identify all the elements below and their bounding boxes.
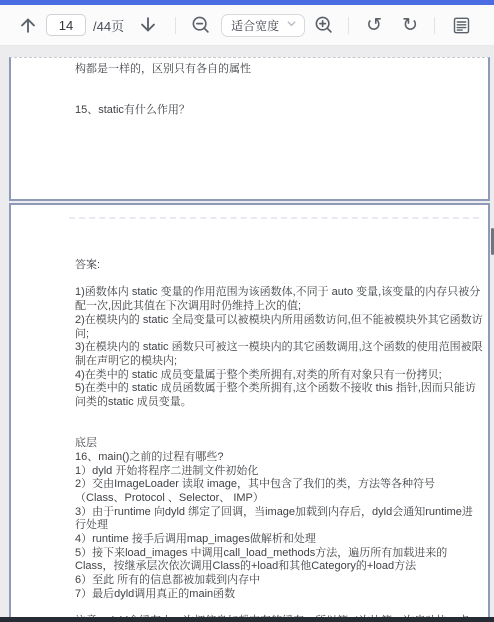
doc-text-line xyxy=(75,77,452,91)
page-total-label: /44页 xyxy=(93,16,124,35)
previous-page-button[interactable] xyxy=(16,13,40,37)
doc-text-line: 1)函数体内 static 变量的作用范围为该函数体,不同于 auto 变量,该… xyxy=(75,286,452,300)
pdf-viewer-window: /44页 适合宽度 xyxy=(0,0,494,622)
doc-text-line xyxy=(75,273,452,287)
document-viewport[interactable]: 构都是一样的，区别只有各自的属性 15、static有什么作用？ 答案: 1)函… xyxy=(0,46,494,622)
doc-text-line: 问; xyxy=(75,328,452,342)
rotate-counterclockwise-button[interactable]: ↺ xyxy=(362,13,386,37)
doc-text-line: 5）接下来load_images 中调用call_load_methods方法，… xyxy=(75,547,452,561)
doc-text-line: 配一次,因此其值在下次调用时仍维持上次的值; xyxy=(75,300,452,314)
arrow-down-icon xyxy=(137,14,159,36)
doc-text-line xyxy=(75,90,452,104)
faded-watermark-line xyxy=(69,217,479,219)
zoom-mode-label: 适合宽度 xyxy=(231,17,279,34)
doc-text-line: 4)在类中的 static 成员变量属于整个类所拥有,对类的所有对象只有一份拷贝… xyxy=(75,369,452,383)
rotate-cw-icon: ↻ xyxy=(402,16,418,35)
rotate-clockwise-button[interactable]: ↻ xyxy=(398,13,422,37)
pdf-page-previous-fragment: 构都是一样的，区别只有各自的属性 15、static有什么作用？ xyxy=(9,57,490,201)
bottom-edge-bar xyxy=(0,617,494,622)
zoom-mode-dropdown[interactable]: 适合宽度 xyxy=(221,14,305,37)
magnifier-minus-icon xyxy=(190,14,212,36)
arrow-up-icon xyxy=(17,14,39,36)
doc-text-line: 16、main()之前的过程有哪些? xyxy=(75,451,452,465)
doc-text-line: 7）最后dyld调用真正的main函数 xyxy=(75,588,452,602)
doc-text-line xyxy=(75,602,452,616)
doc-text-line: Class，按继承层次依次调用Class的+load和其他Category的+l… xyxy=(75,560,452,574)
zoom-out-button[interactable] xyxy=(189,13,213,37)
doc-text-line xyxy=(75,410,452,424)
pdf-page-current: 答案: 1)函数体内 static 变量的作用范围为该函数体,不同于 auto … xyxy=(9,203,490,622)
page-number-input[interactable] xyxy=(46,14,86,36)
doc-text-line: 答案: xyxy=(75,259,452,273)
doc-text-line: 3）由于runtime 向dyld 绑定了回调，当image加载到内存后，dyl… xyxy=(75,506,452,520)
pdf-toolbar: /44页 适合宽度 xyxy=(0,5,494,46)
doc-text-line: 底层 xyxy=(75,437,452,451)
doc-text-line xyxy=(75,423,452,437)
magnifier-plus-icon xyxy=(313,14,335,36)
doc-text-line: （Class、Protocol 、Selector、 IMP） xyxy=(75,492,452,506)
toolbar-divider xyxy=(348,17,349,34)
outline-panel-button[interactable] xyxy=(449,13,473,37)
doc-text-line: 3)在模块内的 static 函数只可被这一模块内的其它函数调用,这个函数的使用… xyxy=(75,341,452,355)
zoom-in-button[interactable] xyxy=(312,13,336,37)
doc-text-line: 15、static有什么作用？ xyxy=(75,104,452,118)
doc-text-line: 问类的static 成员变量。 xyxy=(75,396,452,410)
chevron-down-icon xyxy=(286,16,297,34)
document-outline-icon xyxy=(451,15,472,36)
rotate-ccw-icon: ↺ xyxy=(366,16,382,35)
doc-text-line: 2）交由ImageLoader 读取 image，其中包含了我们的类，方法等各种… xyxy=(75,478,452,492)
toolbar-divider xyxy=(434,17,435,34)
page1-text: 构都是一样的，区别只有各自的属性 15、static有什么作用？ xyxy=(11,58,488,118)
doc-text-line: 行处理 xyxy=(75,519,452,533)
doc-text-line: 6）至此 所有的信息都被加载到内存中 xyxy=(75,574,452,588)
toolbar-divider xyxy=(175,17,176,34)
doc-text-line: 4）runtime 接手后调用map_images做解析和处理 xyxy=(75,533,452,547)
doc-text-line: 2)在模块内的 static 全局变量可以被模块内所用函数访问,但不能被模块外其… xyxy=(75,314,452,328)
doc-text-line: 构都是一样的，区别只有各自的属性 xyxy=(75,63,452,77)
next-page-button[interactable] xyxy=(136,13,160,37)
doc-text-line: 1）dyld 开始将程序二进制文件初始化 xyxy=(75,465,452,479)
doc-text-line: 制在声明它的模块内; xyxy=(75,355,452,369)
doc-text-line: 5)在类中的 static 成员函数属于整个类所拥有,这个函数不接收 this … xyxy=(75,382,452,396)
page2-text: 答案: 1)函数体内 static 变量的作用范围为该函数体,不同于 auto … xyxy=(11,205,488,622)
